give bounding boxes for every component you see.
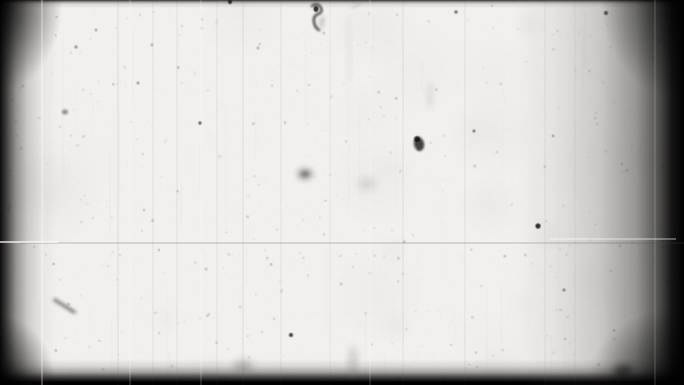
diagonal-scratch (352, 4, 360, 8)
dust-blob (358, 178, 376, 190)
dust-blob (319, 16, 325, 29)
film-frame (0, 0, 684, 385)
dust-speck (95, 29, 98, 32)
diagonal-scratch (55, 300, 74, 312)
dust-blob (349, 346, 357, 378)
dust-speck (473, 130, 476, 133)
scratch-and-dust-layer (0, 0, 684, 385)
dust-blob (62, 110, 68, 115)
dust-speck (257, 47, 260, 50)
dust-speck (228, 0, 232, 4)
dust-speck (198, 121, 201, 124)
dust-blob (614, 365, 632, 377)
dust-blob (347, 15, 351, 85)
dust-speck (659, 39, 662, 42)
hair-squiggle-head (314, 6, 319, 12)
dust-speck (535, 223, 540, 228)
dust-speck (137, 82, 140, 85)
dust-blob (414, 136, 420, 142)
dust-blob (301, 171, 309, 177)
dust-speck (74, 45, 77, 48)
dust-speck (289, 333, 293, 337)
dust-speck (552, 135, 554, 137)
dust-blob (427, 81, 433, 109)
dust-speck (604, 11, 608, 15)
dust-blob (233, 360, 253, 372)
dust-speck (454, 10, 458, 14)
dust-speck (562, 288, 565, 291)
